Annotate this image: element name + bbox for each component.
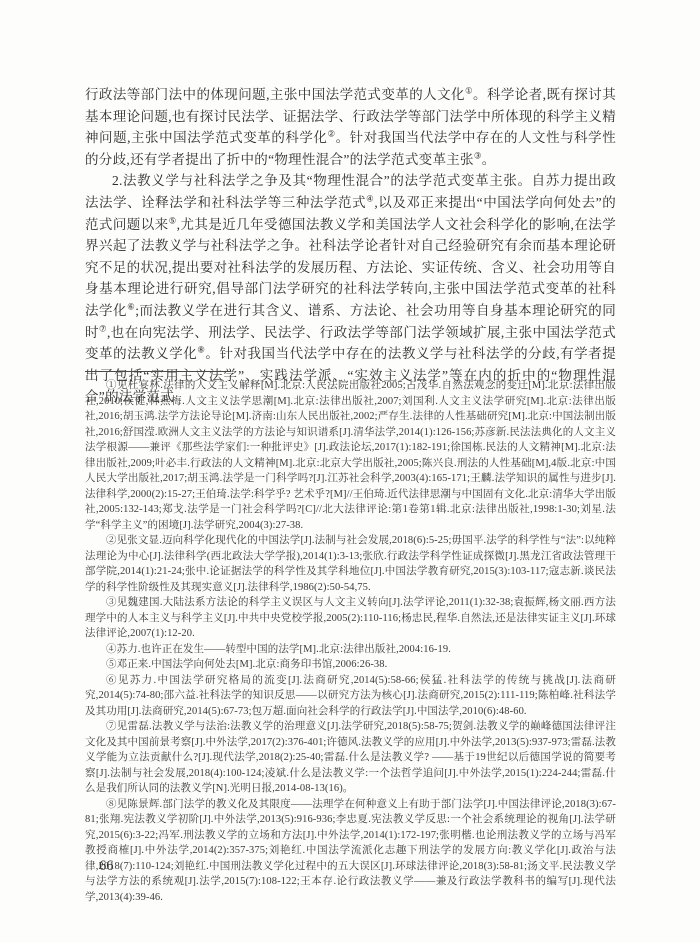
footnote-marker: ④ [366, 193, 374, 203]
body-paragraph: 2.法教义学与社科法学之争及其“物理性混合”的法学范式变革主张。自苏力提出政法法… [85, 170, 616, 408]
footnote-item: ①见杜宴林.法律的人文主义解释[M].北京:人民法院出版社2005;占茂华.自然… [85, 378, 616, 533]
footnote-marker: ③ [474, 150, 482, 160]
footnote-marker: ⑦ [99, 323, 107, 333]
footnote-item: ②见张文显.迈向科学化现代化的中国法学[J].法制与社会发展,2018(6):5… [85, 533, 616, 595]
footnote-item: ④苏力.也许正在发生——转型中国的法学[M].北京:法律出版社,2004:16-… [85, 642, 616, 658]
footnote-marker: ⑥ [127, 301, 135, 311]
footnote-item: ⑥见苏力.中国法学研究格局的流变[J].法商研究,2014(5):58-66;侯… [85, 673, 616, 720]
footnote-item: ⑤邓正来.中国法学向何处去[M].北京:商务印书馆,2006:26-38. [85, 657, 616, 673]
footnote-marker: ⑤ [169, 215, 177, 225]
footnote-marker: ① [465, 86, 473, 96]
body-paragraph: 行政法等部门法中的体现问题,主张中国法学范式变革的人文化①。科学论者,既有探讨其… [85, 84, 616, 170]
document-page: 行政法等部门法中的体现问题,主张中国法学范式变革的人文化①。科学论者,既有探讨其… [0, 0, 700, 943]
page-number: 66 [99, 858, 114, 875]
footnote-separator [85, 371, 231, 372]
body-text: 行政法等部门法中的体现问题,主张中国法学范式变革的人文化①。科学论者,既有探讨其… [85, 84, 616, 408]
footnote-item: ⑦见雷磊.法教义学与法治:法教义学的治理意义[J].法学研究,2018(5):5… [85, 719, 616, 797]
footnote-marker: ② [327, 129, 335, 139]
footnote-marker: ⑧ [197, 345, 205, 355]
footnote-item: ⑧见陈景辉.部门法学的教义化及其限度——法理学在何种意义上有助于部门法学[J].… [85, 797, 616, 906]
footnote-item: ③见魏建国.大陆法系方法论的科学主义误区与人文主义转向[J].法学评论,2011… [85, 595, 616, 642]
footnotes-section: ①见杜宴林.法律的人文主义解释[M].北京:人民法院出版社2005;占茂华.自然… [85, 378, 616, 905]
